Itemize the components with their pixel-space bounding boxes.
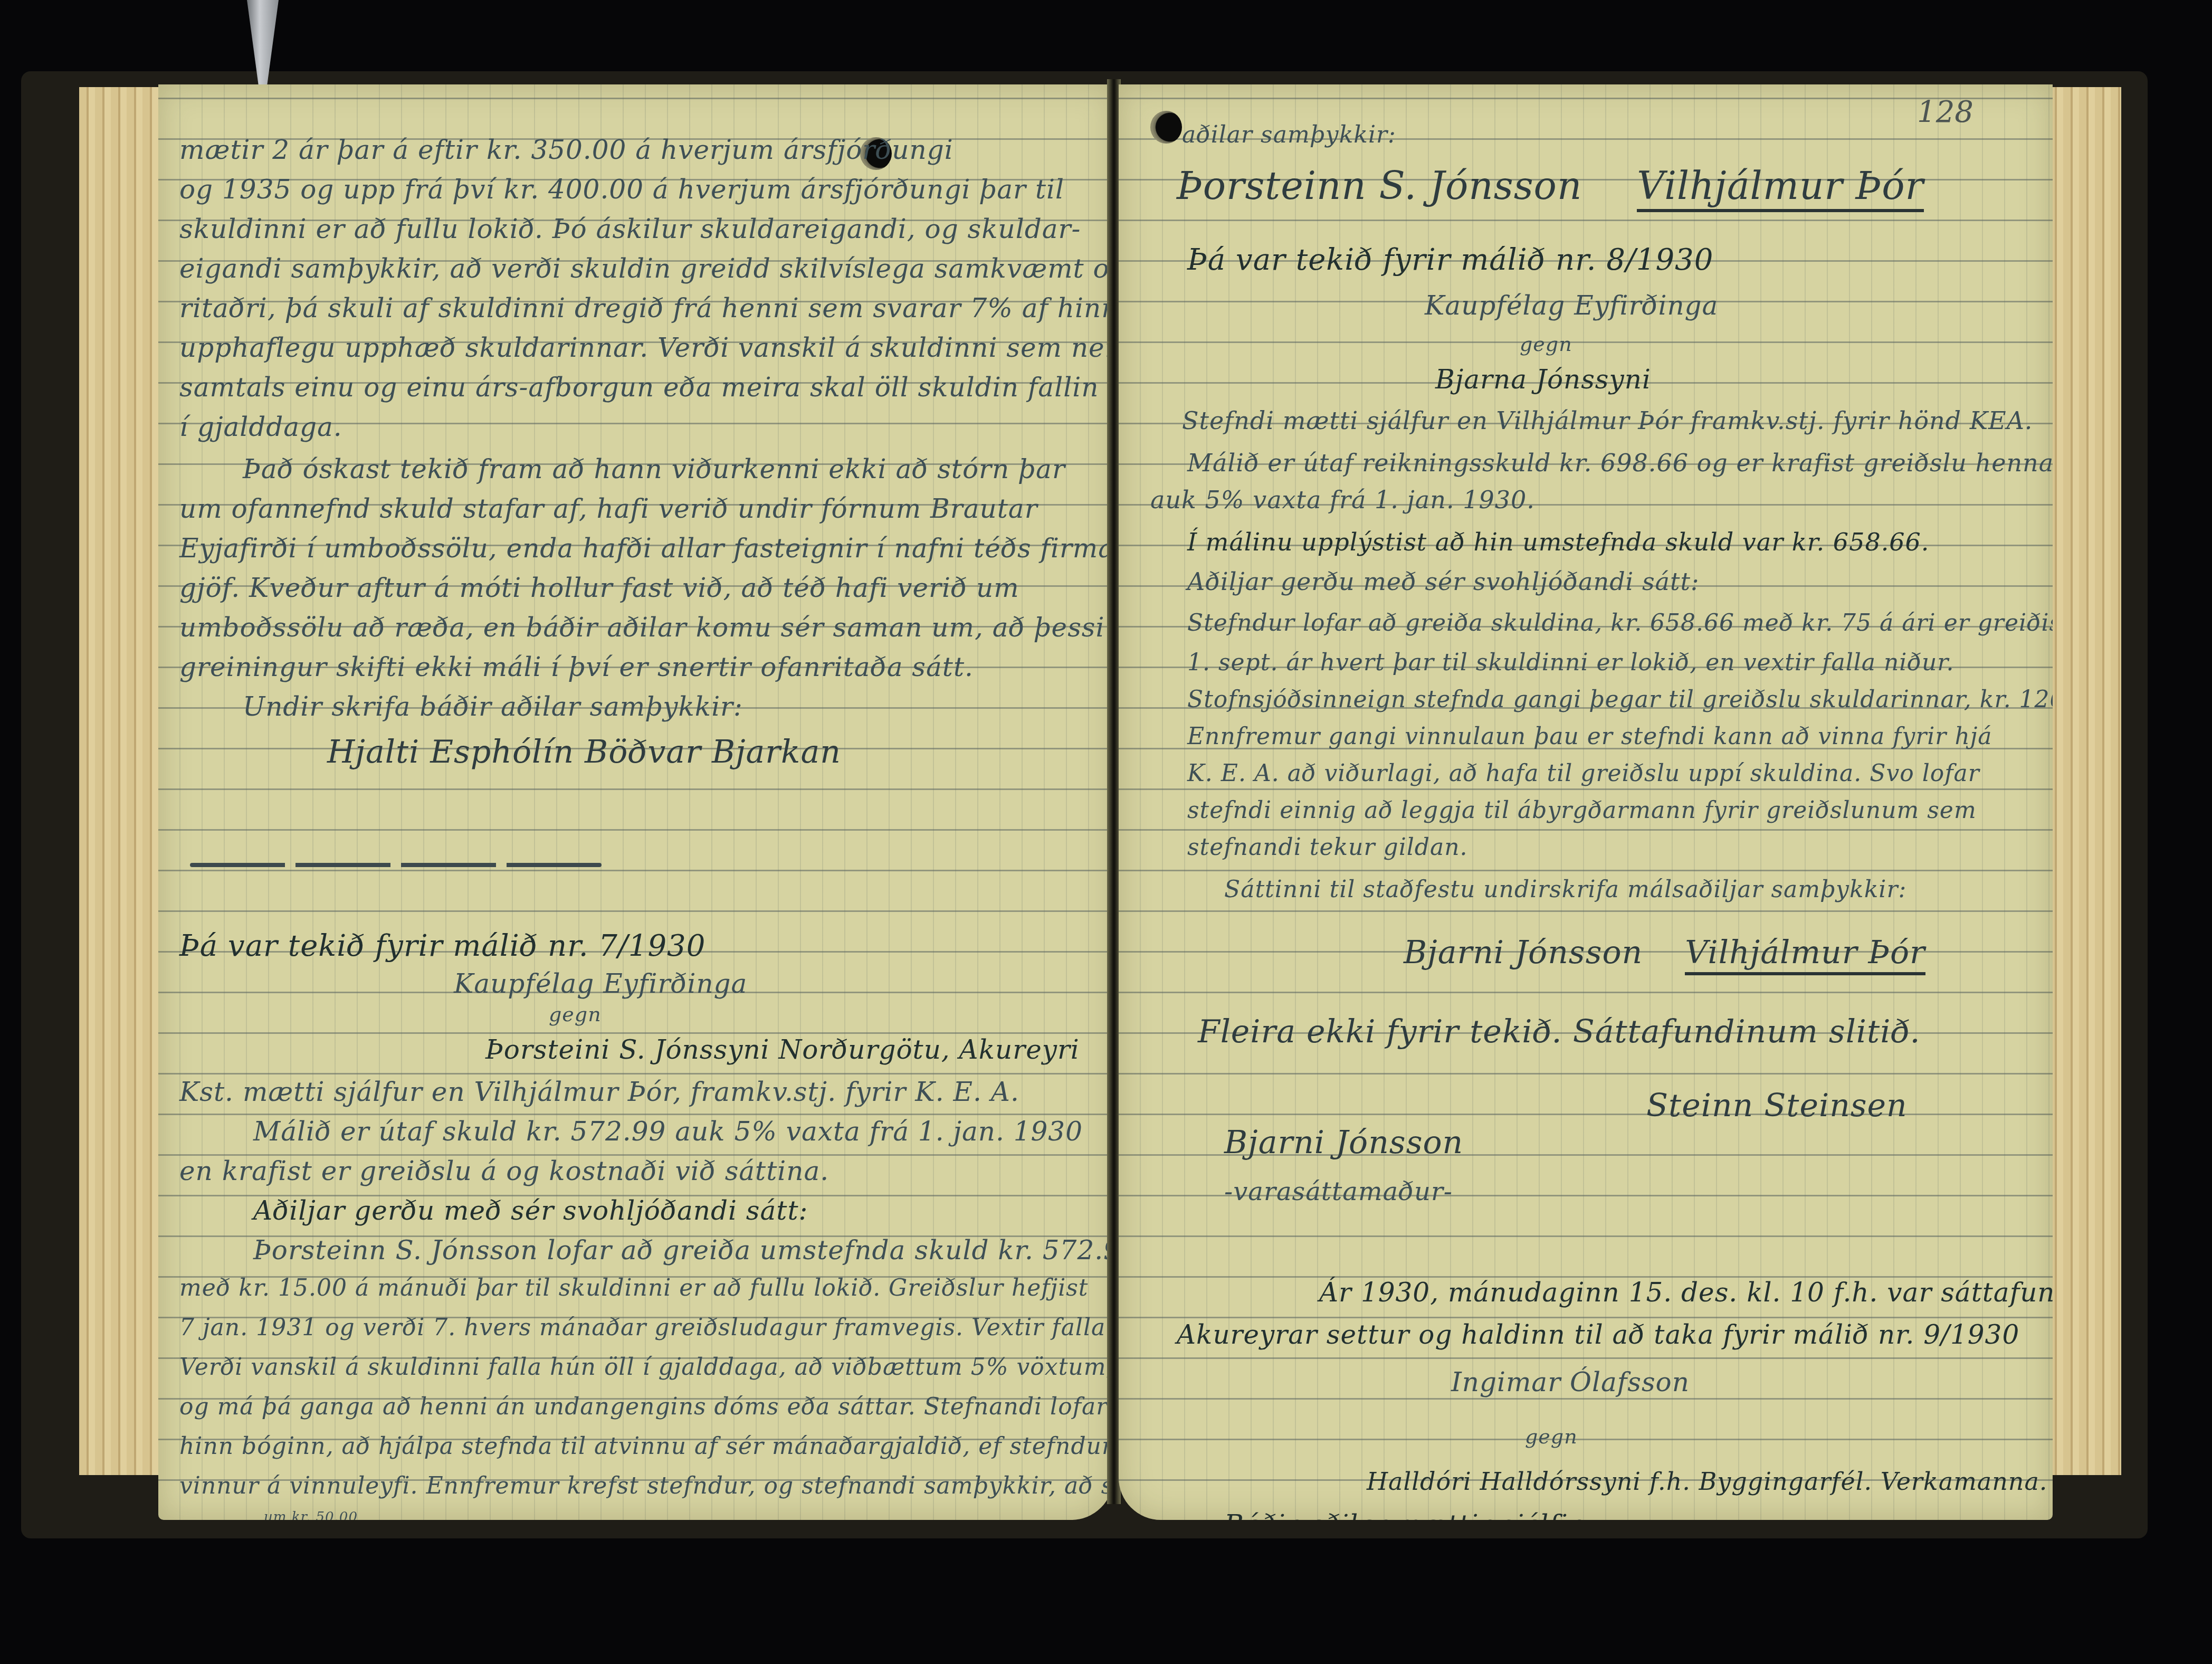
plaintiff-name: Kaupfélag Eyfirðinga <box>454 968 747 999</box>
text-line: Ennfremur gangi vinnulaun þau er stefndi… <box>1187 723 1992 750</box>
text-line: mætir 2 ár þar á eftir kr. 350.00 á hver… <box>179 135 954 165</box>
text-line: í gjalddaga. <box>179 412 342 442</box>
text-line: greiningur skifti ekki máli í því er sne… <box>179 652 974 682</box>
text-line: Aðiljar gerðu með sér svohljóðandi sátt: <box>253 1195 808 1226</box>
signature: Vilhjálmur Þór <box>1637 164 1924 212</box>
left-page: mætir 2 ár þar á eftir kr. 350.00 á hver… <box>158 84 1113 1520</box>
right-page: 128 aðilar samþykkir: Þorsteinn S. Jónss… <box>1119 84 2053 1520</box>
text-line: og má þá ganga að henni án undangengins … <box>179 1393 1113 1420</box>
text-line: skuldinni er að fullu lokið. Þó áskilur … <box>179 214 1081 244</box>
text-line: K. E. A. að viðurlagi, að hafa til greið… <box>1187 760 1980 787</box>
plaintiff-name: Kaupfélag Eyfirðinga <box>1425 290 1718 321</box>
signature: Bjarni Jónsson <box>1404 934 1643 971</box>
text-line: gjöf. Kveður aftur á móti hollur fast vi… <box>179 573 1019 603</box>
text-line: Akureyrar settur og haldinn til að taka … <box>1177 1319 2019 1350</box>
signature: Vilhjálmur Þór <box>1685 934 1925 975</box>
text-line: stefndi einnig að leggja til ábyrgðarman… <box>1187 797 1977 824</box>
text-line: stefnandi tekur gildan. <box>1187 834 1468 861</box>
text-line: Það óskast tekið fram að hann viðurkenni… <box>243 454 1065 484</box>
text-line: en krafist er greiðslu á og kostnaði við… <box>179 1156 829 1186</box>
signature-line: Hjalti Esphólín Böðvar Bjarkan <box>327 734 841 771</box>
text-line: með kr. 15.00 á mánuði þar til skuldinni… <box>179 1275 1089 1301</box>
versus-label: gegn <box>549 1003 602 1026</box>
text-line: 1. sept. ár hvert þar til skuldinni er l… <box>1187 649 1954 676</box>
text-line: Stofnsjóðsinneign stefnda gangi þegar ti… <box>1187 686 2053 713</box>
text-line: Báðir aðilar mættir sjálfir. <box>1224 1509 1587 1520</box>
text-line: Eyjafirði í umboðssölu, enda hafði allar… <box>179 533 1113 564</box>
attestation-line: Fleira ekki fyrir tekið. Sáttafundinum s… <box>1198 1013 1920 1050</box>
text-line: Aðiljar gerðu með sér svohljóðandi sátt: <box>1187 567 1699 596</box>
versus-label: gegn <box>1525 1425 1578 1448</box>
text-line: um ofannefnd skuld stafar af, hafi verið… <box>179 493 1038 524</box>
case-heading: Þá var tekið fyrir málið nr. 7/1930 <box>179 929 705 963</box>
text-line: Í málinu upplýstist að hin umstefnda sku… <box>1187 528 1929 556</box>
text-line: ritaðri, þá skuli af skuldinni dregið fr… <box>179 293 1113 324</box>
text-line: Undir skrifa báðir aðilar samþykkir: <box>243 691 743 722</box>
text-line: auk 5% vaxta frá 1. jan. 1930. <box>1150 486 1535 514</box>
text-line: aðilar samþykkir: <box>1182 121 1396 148</box>
official-signature: Steinn Steinsen <box>1646 1087 1908 1124</box>
page-number: 128 <box>1917 95 1973 129</box>
official-signature: Bjarni Jónsson <box>1224 1124 1463 1161</box>
section-divider <box>190 863 602 867</box>
text-line: upphaflegu upphæð skuldarinnar. Verði va… <box>179 332 1113 363</box>
text-line: Þorsteinn S. Jónsson lofar að greiða ums… <box>253 1235 1113 1266</box>
text-line: Ár 1930, mánudaginn 15. des. kl. 10 f.h.… <box>1319 1277 2053 1308</box>
text-line: Málið er útaf reikningsskuld kr. 698.66 … <box>1187 449 2053 477</box>
defendant-name: Halldóri Halldórssyni f.h. Byggingarfél.… <box>1367 1467 2048 1496</box>
signature-line: Þorsteinn S. Jónsson Vilhjálmur Þór <box>1177 164 1924 208</box>
text-line: hinn bóginn, að hjálpa stefnda til atvin… <box>179 1433 1113 1460</box>
page-edges-right <box>2047 87 2121 1475</box>
text-line: samtals einu og einu árs-afborgun eða me… <box>179 372 1099 403</box>
text-line: Málið er útaf skuld kr. 572.99 auk 5% va… <box>253 1116 1083 1147</box>
text-line: eigandi samþykkir, að verði skuldin grei… <box>179 253 1113 284</box>
defendant-name: Bjarna Jónssyni <box>1435 364 1651 395</box>
text-line: 7 jan. 1931 og verði 7. hvers mánaðar gr… <box>179 1314 1113 1341</box>
case-heading: Þá var tekið fyrir málið nr. 8/1930 <box>1187 243 1713 277</box>
versus-label: gegn <box>1520 332 1572 356</box>
text-line: vinnur á vinnuleyfi. Ennfremur krefst st… <box>179 1472 1113 1499</box>
interlinear-note: um kr. 50.00 <box>264 1509 358 1520</box>
punch-hole-icon <box>1150 111 1182 144</box>
plaintiff-name: Ingimar Ólafsson <box>1451 1367 1690 1397</box>
text-line: umboðssölu að ræða, en báðir aðilar komu… <box>179 612 1113 643</box>
text-line: Verði vanskil á skuldinni falla hún öll … <box>179 1354 1113 1381</box>
page-edges-left <box>79 87 158 1475</box>
text-line: Stefndi mætti sjálfur en Vilhjálmur Þór … <box>1182 406 2033 435</box>
text-line: Kst. mætti sjálfur en Vilhjálmur Þór, fr… <box>179 1077 1019 1107</box>
official-role: -varasáttamaður- <box>1224 1177 1453 1206</box>
signature: Þorsteinn S. Jónsson <box>1177 164 1582 208</box>
text-line: og 1935 og upp frá því kr. 400.00 á hver… <box>179 174 1064 205</box>
text-line: Sáttinni til staðfestu undirskrifa málsa… <box>1224 876 1906 903</box>
text-line: Stefndur lofar að greiða skuldina, kr. 6… <box>1187 610 2053 636</box>
defendant-name: Þorsteini S. Jónssyni Norðurgötu, Akurey… <box>485 1034 1080 1065</box>
signature-line: Bjarni Jónsson Vilhjálmur Þór <box>1404 934 1925 971</box>
